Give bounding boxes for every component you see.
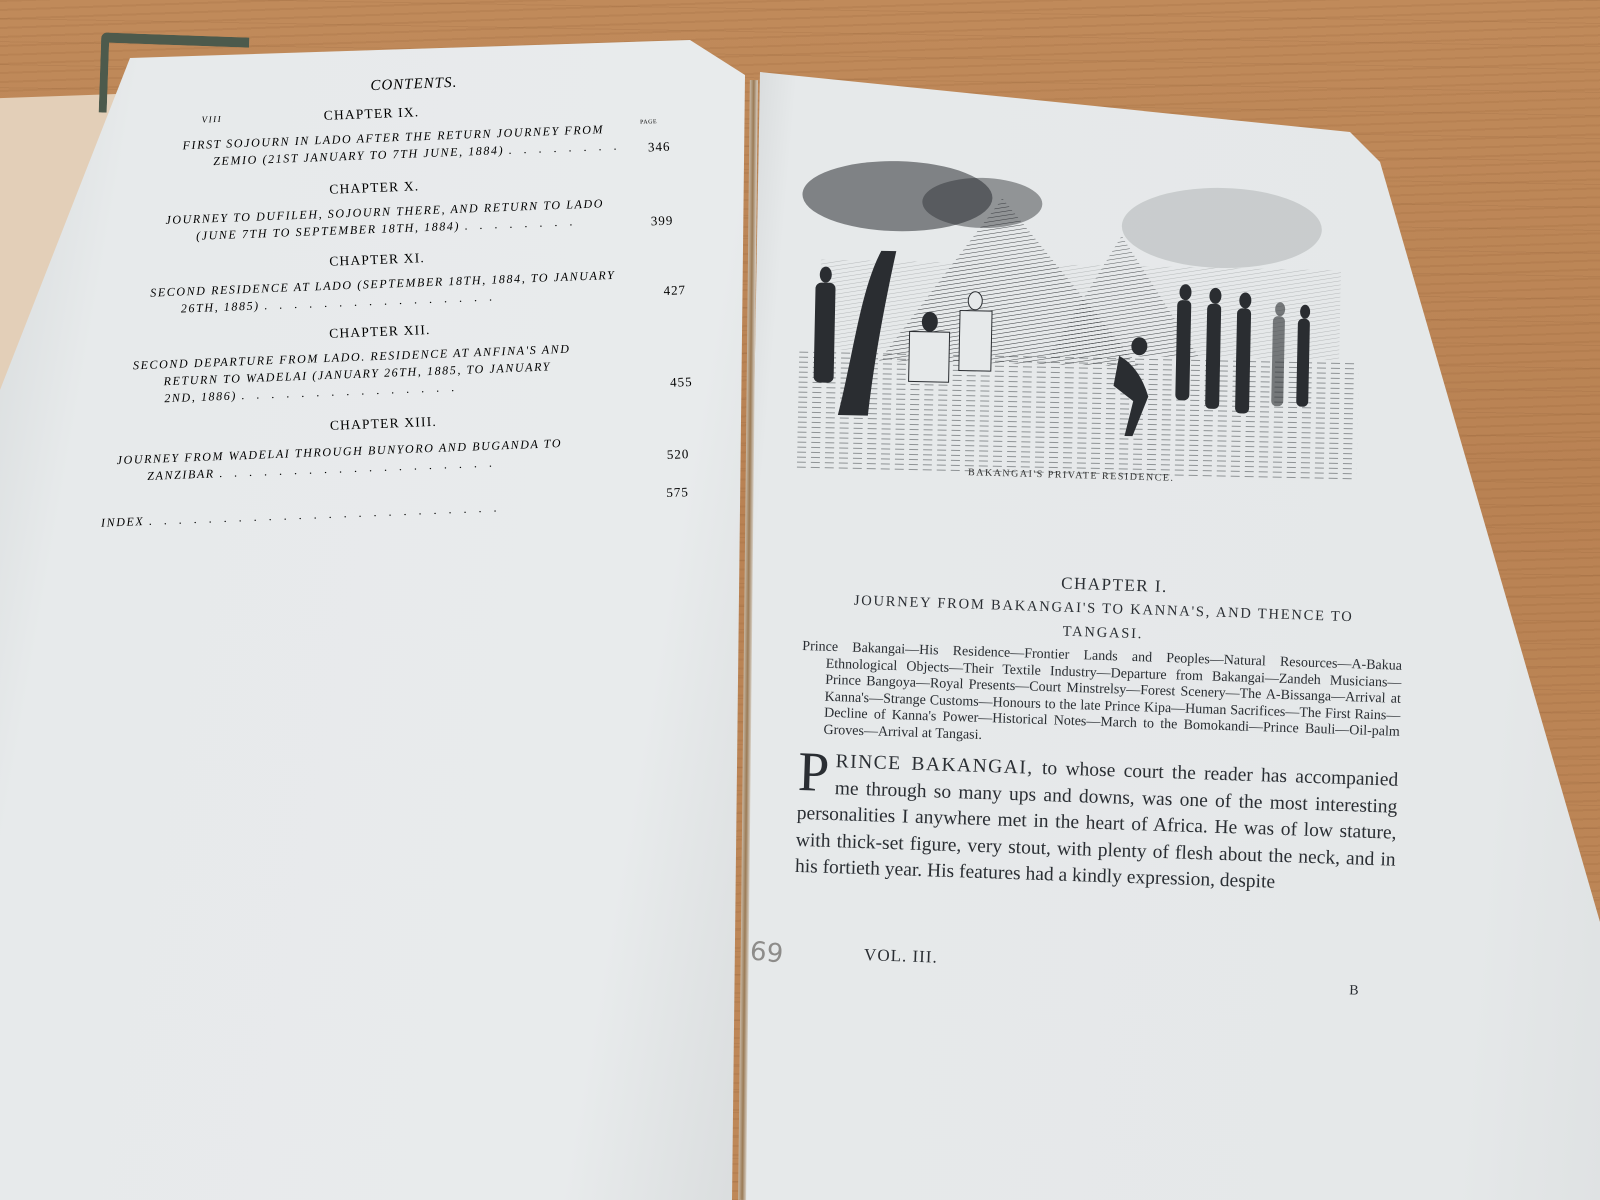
pencil-annotation: 69	[749, 936, 785, 969]
toc-page-number: 346	[648, 139, 671, 156]
paragraph-text: to whose court the reader has accompanie…	[795, 758, 1399, 893]
toc-page-number: 520	[667, 446, 690, 463]
toc-page-number: 399	[651, 213, 674, 230]
drop-cap: P	[797, 750, 830, 795]
running-title: CONTENTS.	[370, 75, 458, 95]
opening-words: RINCE BAKANGAI,	[835, 751, 1034, 779]
page-column-label: PAGE	[640, 119, 657, 126]
engraving-illustration	[797, 149, 1364, 481]
chapter-synopsis: Prince Bakangai—His Residence—Frontier L…	[799, 639, 1402, 758]
chapter-opening: CHAPTER I. JOURNEY FROM BAKANGAI'S TO KA…	[795, 565, 1405, 900]
toc-page-number: 427	[663, 282, 686, 299]
toc-page-number: 455	[670, 374, 693, 391]
signature-mark: B	[1349, 983, 1359, 999]
volume-footer: VOL. III.	[864, 945, 938, 967]
toc-page-number: 575	[666, 484, 689, 501]
body-paragraph: PRINCE BAKANGAI, to whose court the read…	[795, 748, 1399, 900]
